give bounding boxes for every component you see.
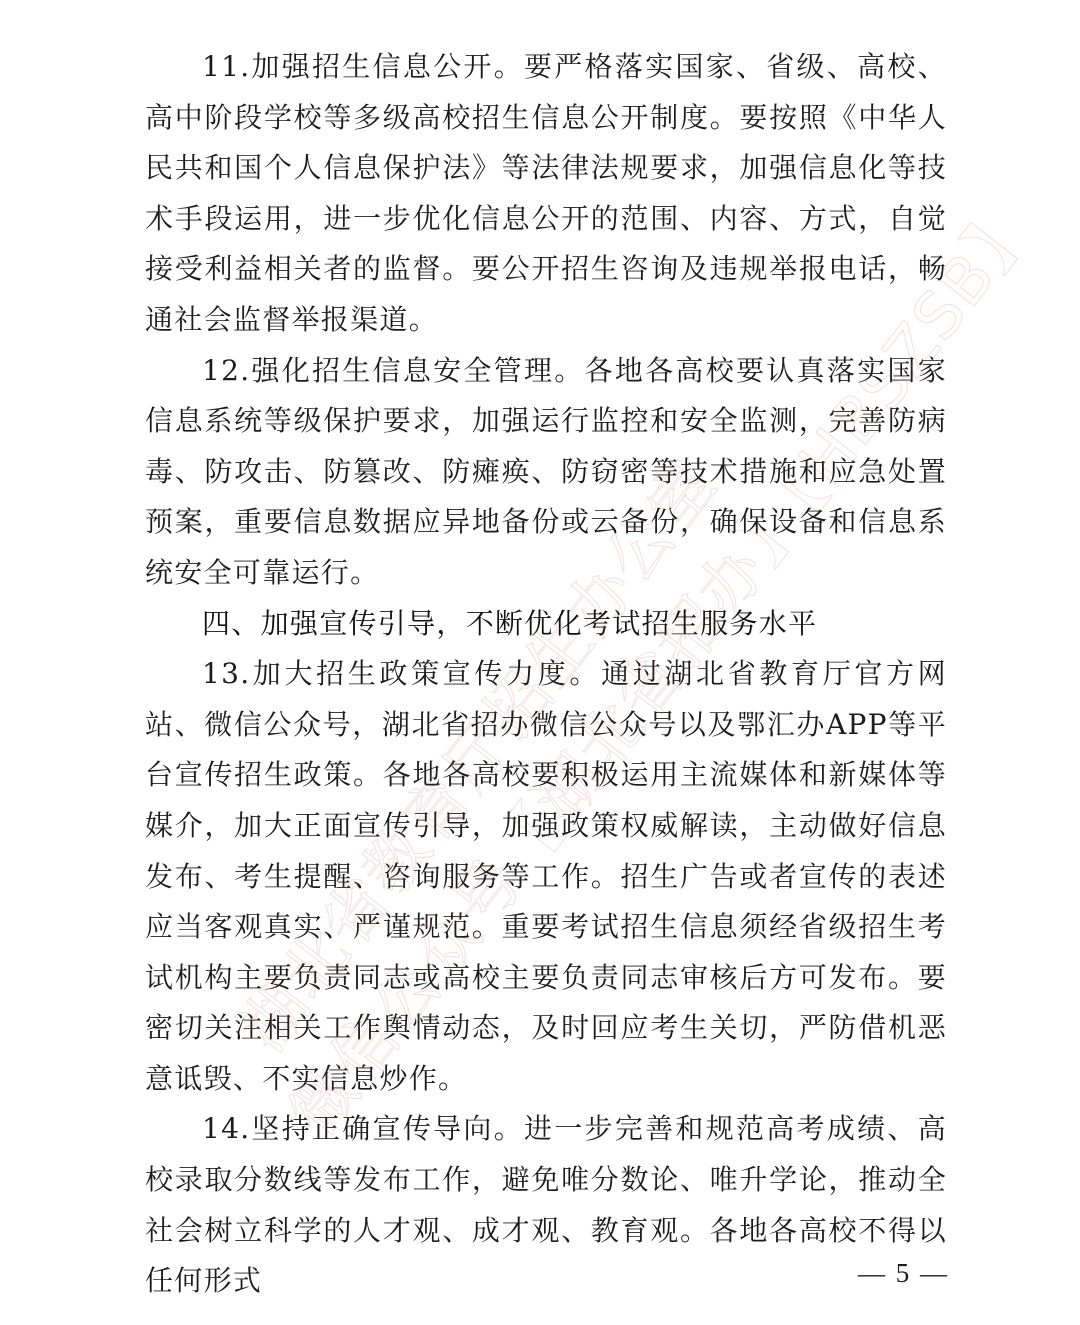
page-number: — 5 — [858,1258,949,1289]
paragraph-11-info-disclosure: 11.加强招生信息公开。要严格落实国家、省级、高校、高中阶段学校等多级高校招生信… [145,42,947,346]
paragraph-12-info-security: 12.强化招生信息安全管理。各地各高校要认真落实国家信息系统等级保护要求，加强运… [145,346,947,599]
section-heading-4: 四、加强宣传引导，不断优化考试招生服务水平 [145,599,947,650]
document-page: 11.加强招生信息公开。要严格落实国家、省级、高校、高中阶段学校等多级高校招生信… [145,42,947,1307]
paragraph-13-policy-publicity: 13.加大招生政策宣传力度。通过湖北省教育厅官方网站、微信公众号，湖北省招办微信… [145,649,947,1104]
paragraph-14-publicity-guidance: 14.坚持正确宣传导向。进一步完善和规范高考成绩、高校录取分数线等发布工作，避免… [145,1104,947,1306]
